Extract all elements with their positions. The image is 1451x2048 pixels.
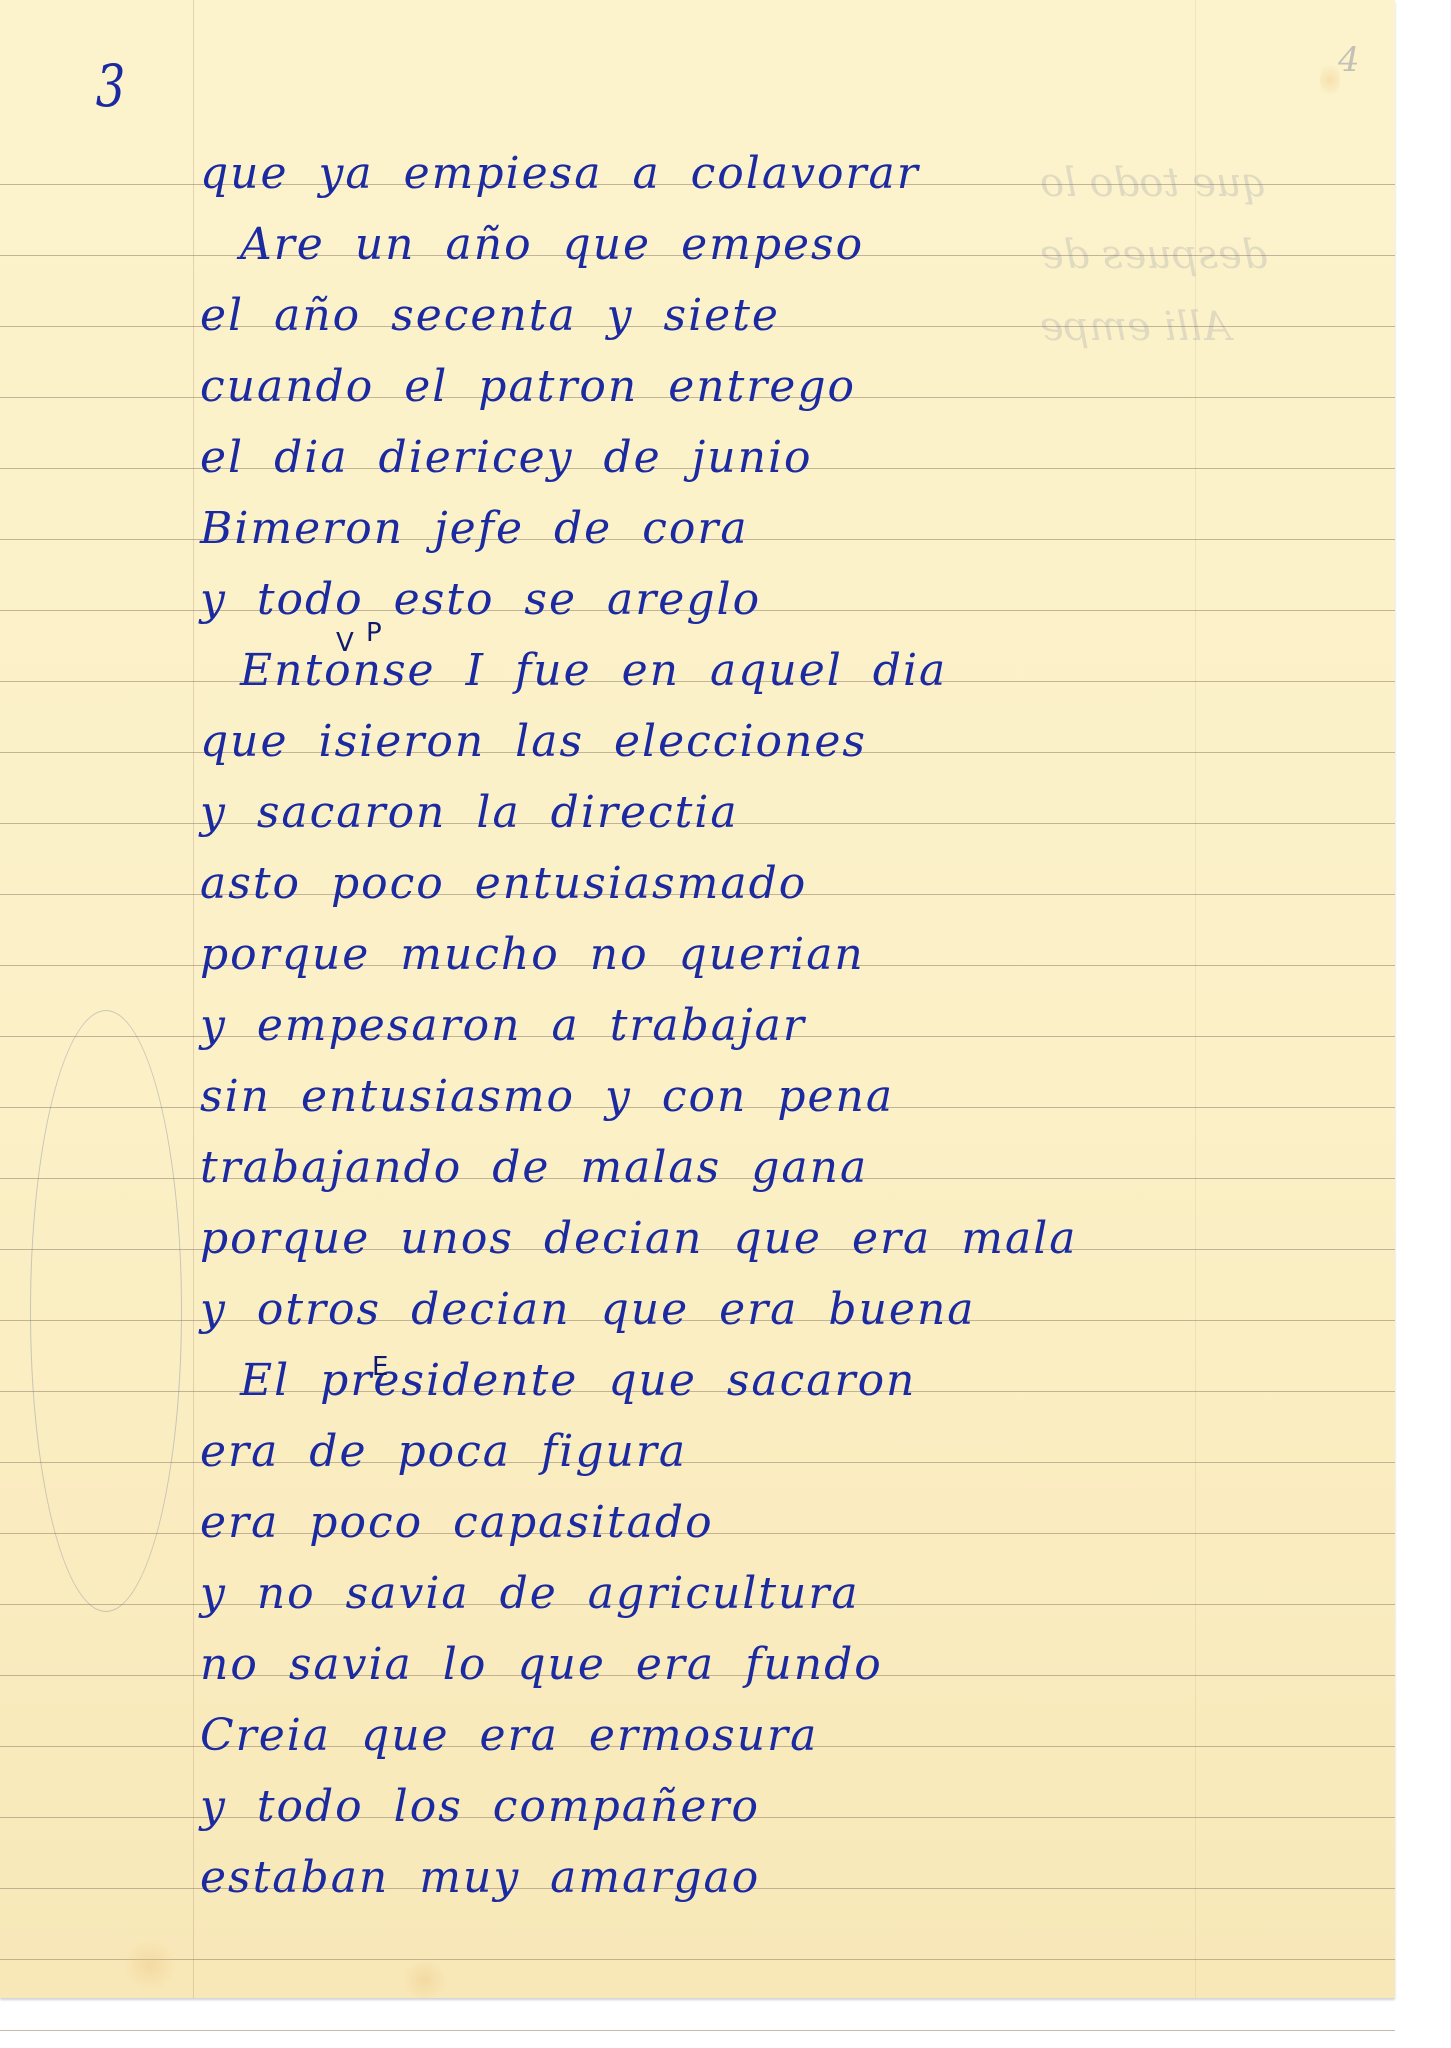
superscript-annotation-v: V (336, 628, 354, 658)
margin-pencil-note (30, 1010, 182, 1612)
handwritten-line: el dia diericey de junio (200, 436, 813, 480)
ruled-line (0, 1959, 1395, 1960)
handwritten-line: Are un año que empeso (240, 223, 864, 267)
handwritten-line: el año secenta y siete (200, 294, 780, 338)
handwritten-line: y todo esto se areglo (200, 578, 761, 622)
handwritten-line: asto poco entusiasmado (200, 862, 807, 906)
paper-stain (120, 1940, 180, 1990)
handwritten-line: Bimeron jefe de cora (200, 507, 749, 551)
handwritten-line: no savia lo que era fundo (200, 1643, 883, 1687)
superscript-annotation-e: E (372, 1352, 388, 1382)
handwritten-line: y sacaron la directia (200, 791, 739, 835)
handwritten-line: y otros decian que era buena (200, 1288, 976, 1332)
page-number: 3 (96, 52, 126, 120)
paper-stain (400, 1960, 450, 2000)
superscript-annotation-p: P (366, 618, 382, 648)
handwritten-line: y empesaron a trabajar (200, 1004, 806, 1048)
corner-pencil-mark: 4 (1338, 40, 1360, 80)
ruled-line (0, 2030, 1395, 2031)
left-margin-line (193, 0, 194, 1998)
right-margin-line (1195, 0, 1196, 1998)
handwritten-line: que ya empiesa a colavorar (200, 152, 920, 196)
handwritten-line: era poco capasitado (200, 1501, 714, 1545)
handwritten-line: porque mucho no querian (200, 933, 865, 977)
bleed-through-text: Alli empe (1040, 304, 1231, 350)
handwritten-line: Creia que era ermosura (200, 1714, 818, 1758)
handwritten-line: sin entusiasmo y con pena (200, 1075, 894, 1119)
notebook-page: que todo lo despues de Alli empe 3 4 que… (0, 0, 1395, 1998)
bleed-through-text: despues de (1040, 232, 1267, 278)
handwritten-line: era de poca figura (200, 1430, 687, 1474)
handwritten-line: trabajando de malas gana (200, 1146, 868, 1190)
paper-stain (1320, 60, 1340, 100)
handwritten-line: que isieron las elecciones (200, 720, 867, 764)
handwritten-line: y todo los compañero (200, 1785, 760, 1829)
bleed-through-text: que todo lo (1040, 160, 1267, 206)
handwritten-line: El presidente que sacaron (240, 1359, 916, 1403)
handwritten-line: porque unos decian que era mala (200, 1217, 1078, 1261)
handwritten-line: cuando el patron entrego (200, 365, 856, 409)
handwritten-line: estaban muy amargao (200, 1856, 760, 1900)
handwritten-line: y no savia de agricultura (200, 1572, 860, 1616)
